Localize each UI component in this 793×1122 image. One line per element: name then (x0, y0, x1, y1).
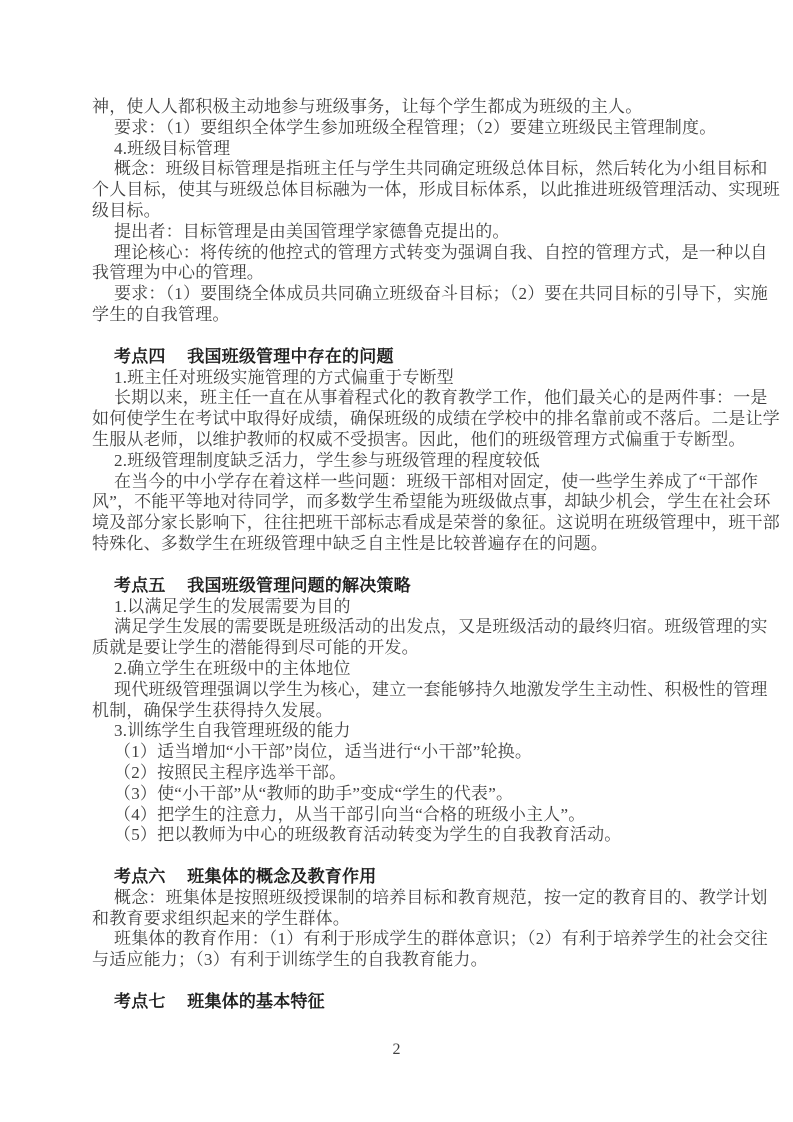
text-line: 个人目标，使其与班级总体目标融为一体，形成目标体系，以此推进班级管理活动、实现班 (92, 180, 784, 201)
text-line: 2.确立学生在班级中的主体地位 (92, 659, 784, 680)
text-line: 2.班级管理制度缺乏活力，学生参与班级管理的程度较低 (92, 451, 784, 472)
text-line: 1.以满足学生的发展需要为目的 (92, 597, 784, 618)
text-line: （3）使“小干部”从“教师的助手”变成“学生的代表”。 (92, 784, 784, 805)
text-line: 满足学生发展的需要既是班级活动的出发点，又是班级活动的最终归宿。班级管理的实 (92, 617, 784, 638)
text-line: 概念：班级目标管理是指班主任与学生共同确定班级总体目标，然后转化为小组目标和 (92, 159, 784, 180)
document-body: 神，使人人都积极主动地参与班级事务，让每个学生都成为班级的主人。要求：（1）要组… (92, 97, 784, 1013)
text-line: 长期以来，班主任一直在从事着程式化的教育教学工作，他们最关心的是两件事：一是 (92, 388, 784, 409)
text-line: 在当今的中小学存在着这样一些问题：班级干部相对固定，使一些学生养成了“干部作 (92, 472, 784, 493)
section-heading: 考点六 班集体的概念及教育作用 (92, 867, 784, 888)
section-heading: 考点四 我国班级管理中存在的问题 (92, 347, 784, 368)
text-line: 提出者：目标管理是由美国管理学家德鲁克提出的。 (92, 222, 784, 243)
document-page: 神，使人人都积极主动地参与班级事务，让每个学生都成为班级的主人。要求：（1）要组… (0, 0, 793, 1122)
text-line: 班集体的教育作用：（1）有利于形成学生的群体意识；（2）有利于培养学生的社会交往 (92, 929, 784, 950)
text-line: （1）适当增加“小干部”岗位，适当进行“小干部”轮换。 (92, 742, 784, 763)
text-line: 概念：班集体是按照班级授课制的培养目标和教育规范，按一定的教育目的、教学计划 (92, 888, 784, 909)
text-line: 4.班级目标管理 (92, 139, 784, 160)
text-line: （5）把以教师为中心的班级教育活动转变为学生的自我教育活动。 (92, 825, 784, 846)
text-line: 境及部分家长影响下，往往把班干部标志看成是荣誉的象征。这说明在班级管理中，班干部 (92, 513, 784, 534)
text-line: 特殊化、多数学生在班级管理中缺乏自主性是比较普遍存在的问题。 (92, 534, 784, 555)
text-line: 我管理为中心的管理。 (92, 263, 784, 284)
text-line: 风”，不能平等地对待同学，而多数学生希望能为班级做点事，却缺少机会，学生在社会环 (92, 492, 784, 513)
text-line: 理论核心：将传统的他控式的管理方式转变为强调自我、自控的管理方式，是一种以自 (92, 243, 784, 264)
text-line: 和教育要求组织起来的学生群体。 (92, 909, 784, 930)
text-line: 1.班主任对班级实施管理的方式偏重于专断型 (92, 368, 784, 389)
text-line: 3.训练学生自我管理班级的能力 (92, 721, 784, 742)
text-line: 现代班级管理强调以学生为核心，建立一套能够持久地激发学生主动性、积极性的管理 (92, 680, 784, 701)
text-line: 机制，确保学生获得持久发展。 (92, 701, 784, 722)
page-number: 2 (0, 1041, 793, 1059)
text-line: 如何使学生在考试中取得好成绩，确保班级的成绩在学校中的排名靠前或不落后。二是让学 (92, 409, 784, 430)
text-line: 神，使人人都积极主动地参与班级事务，让每个学生都成为班级的主人。 (92, 97, 784, 118)
section-heading: 考点七 班集体的基本特征 (92, 992, 784, 1013)
text-line: 要求：（1）要围绕全体成员共同确立班级奋斗目标；（2）要在共同目标的引导下，实施 (92, 284, 784, 305)
text-line: 要求：（1）要组织全体学生参加班级全程管理；（2）要建立班级民主管理制度。 (92, 118, 784, 139)
text-line: 级目标。 (92, 201, 784, 222)
text-line: 质就是要让学生的潜能得到尽可能的开发。 (92, 638, 784, 659)
text-line: 生服从老师，以维护教师的权威不受损害。因此，他们的班级管理方式偏重于专断型。 (92, 430, 784, 451)
text-line: （4）把学生的注意力，从当干部引向当“合格的班级小主人”。 (92, 805, 784, 826)
text-line: （2）按照民主程序选举干部。 (92, 763, 784, 784)
text-line: 学生的自我管理。 (92, 305, 784, 326)
section-heading: 考点五 我国班级管理问题的解决策略 (92, 576, 784, 597)
text-line: 与适应能力；（3）有利于训练学生的自我教育能力。 (92, 950, 784, 971)
